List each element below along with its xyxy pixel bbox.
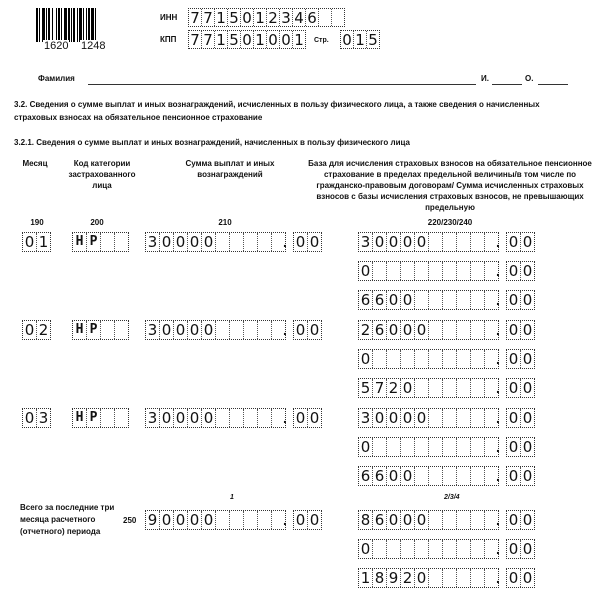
comb-cell (216, 511, 230, 529)
comb-cell (443, 379, 457, 397)
comb-cell: 6 (359, 291, 373, 309)
comb-cell: 0 (160, 409, 174, 427)
comb-cell: 0 (387, 409, 401, 427)
month-field[interactable]: 01 (22, 232, 51, 252)
comb-cell (230, 511, 244, 529)
comb-cell (401, 350, 415, 368)
code-210: 210 (210, 218, 240, 227)
decimal-point: . (496, 468, 500, 484)
comb-cell (415, 350, 429, 368)
comb-cell (429, 350, 443, 368)
inn-label: ИНН (160, 13, 177, 22)
comb-cell: 1 (215, 9, 228, 26)
comb-cell (387, 262, 401, 280)
comb-cell (373, 540, 387, 558)
comb-cell (443, 350, 457, 368)
comb-cell: 3 (37, 409, 50, 427)
comb-cell (244, 321, 258, 339)
comb-cell (230, 409, 244, 427)
comb-cell: 6 (359, 467, 373, 485)
comb-cell: 0 (174, 233, 188, 251)
comb-cell (471, 233, 485, 251)
comb-cell: 1 (293, 31, 305, 48)
comb-cell: 0 (521, 291, 534, 309)
comb-cell (443, 321, 457, 339)
comb-cell: 0 (521, 438, 534, 456)
comb-cell (457, 409, 471, 427)
comb-cell (230, 321, 244, 339)
comb-cell (443, 409, 457, 427)
total-base-col-code: 2/3/4 (444, 494, 460, 501)
comb-cell: 0 (507, 379, 521, 397)
comb-cell: 0 (507, 262, 521, 280)
comb-cell: 0 (521, 379, 534, 397)
comb-cell: 0 (521, 467, 534, 485)
comb-cell: 0 (521, 262, 534, 280)
comb-cell: 0 (294, 321, 308, 339)
comb-cell: 0 (373, 233, 387, 251)
comb-cell (373, 438, 387, 456)
comb-cell: 0 (202, 233, 216, 251)
base-field-3-rubles[interactable]: 6600 (358, 290, 499, 310)
comb-cell: 0 (308, 511, 321, 529)
comb-cell: 6 (373, 511, 387, 529)
col-payments-header: Сумма выплат и иных вознаграждений (170, 158, 290, 180)
comb-cell: 0 (387, 467, 401, 485)
comb-cell: 0 (308, 409, 321, 427)
total-base-field-2-rubles[interactable]: 0 (358, 539, 499, 559)
comb-cell: 0 (160, 233, 174, 251)
comb-cell (429, 438, 443, 456)
comb-cell: 5 (367, 31, 379, 48)
base-field-1-kopecks[interactable]: 00 (506, 232, 535, 252)
comb-cell: Р (87, 321, 101, 339)
comb-cell: 0 (415, 233, 429, 251)
category-code-field[interactable]: НР (72, 320, 129, 340)
comb-cell: 0 (507, 350, 521, 368)
comb-cell: 7 (373, 379, 387, 397)
comb-cell: 0 (359, 438, 373, 456)
comb-cell: 3 (146, 233, 160, 251)
kpp-field[interactable]: 771501001 (188, 30, 306, 49)
comb-cell: 0 (294, 233, 308, 251)
comb-cell (319, 9, 332, 26)
comb-cell (244, 409, 258, 427)
comb-cell: 0 (188, 409, 202, 427)
page-number-field[interactable]: 015 (340, 30, 380, 49)
comb-cell: 0 (202, 511, 216, 529)
comb-cell (457, 540, 471, 558)
comb-cell: 0 (23, 321, 37, 339)
comb-cell (216, 409, 230, 427)
base-field-1-kopecks[interactable]: 00 (506, 320, 535, 340)
category-code-field[interactable]: НР (72, 408, 129, 428)
comb-cell: 2 (267, 9, 280, 26)
comb-cell (471, 569, 485, 587)
total-base-field-3-kopecks[interactable]: 00 (506, 568, 535, 588)
comb-cell (258, 321, 272, 339)
total-code-250: 250 (123, 516, 136, 525)
comb-cell (471, 379, 485, 397)
comb-cell (429, 409, 443, 427)
comb-cell: 7 (202, 31, 215, 48)
comb-cell: 0 (521, 569, 534, 587)
comb-cell (471, 409, 485, 427)
payments-field-rubles[interactable]: 30000 (145, 320, 286, 340)
comb-cell (471, 262, 485, 280)
comb-cell: 9 (387, 569, 401, 587)
category-code-field[interactable]: НР (72, 232, 129, 252)
base-field-2-kopecks[interactable]: 00 (506, 437, 535, 457)
barcode-number-1: 1620 (43, 40, 69, 52)
comb-cell: 8 (359, 511, 373, 529)
comb-cell: 0 (507, 467, 521, 485)
comb-cell (373, 262, 387, 280)
comb-cell (216, 233, 230, 251)
decimal-point: . (496, 263, 500, 279)
comb-cell (429, 233, 443, 251)
comb-cell (387, 350, 401, 368)
comb-cell (443, 569, 457, 587)
comb-cell (101, 321, 115, 339)
comb-cell: 4 (293, 9, 306, 26)
comb-cell (429, 262, 443, 280)
comb-cell: 0 (401, 291, 415, 309)
comb-cell: Н (73, 321, 87, 339)
total-payments-field-rubles[interactable]: 90000 (145, 510, 286, 530)
comb-cell (457, 438, 471, 456)
comb-cell: 0 (160, 321, 174, 339)
comb-cell: 7 (202, 9, 215, 26)
comb-cell: 0 (521, 540, 534, 558)
comb-cell: 0 (241, 31, 254, 48)
comb-cell: 9 (146, 511, 160, 529)
col-month-header: Месяц (10, 158, 60, 169)
comb-cell (115, 409, 128, 427)
code-200: 200 (82, 218, 112, 227)
comb-cell: 0 (174, 511, 188, 529)
comb-cell: 5 (228, 31, 241, 48)
comb-cell: 1 (254, 9, 267, 26)
decimal-point: . (496, 380, 500, 396)
comb-cell: 6 (373, 291, 387, 309)
comb-cell: 2 (401, 569, 415, 587)
comb-cell: 0 (415, 569, 429, 587)
comb-cell (443, 467, 457, 485)
comb-cell: 0 (294, 511, 308, 529)
comb-cell: 0 (359, 540, 373, 558)
comb-cell: 0 (202, 321, 216, 339)
col-category-header: Код категории застрахованного лица (62, 158, 142, 191)
comb-cell (258, 409, 272, 427)
comb-cell: Р (87, 409, 101, 427)
comb-cell (457, 379, 471, 397)
total-label: Всего за последние три месяца расчетного… (20, 502, 120, 538)
page-label: Стр. (314, 37, 329, 44)
comb-cell (457, 350, 471, 368)
comb-cell: 0 (341, 31, 354, 48)
base-field-3-kopecks[interactable]: 00 (506, 378, 535, 398)
comb-cell (457, 291, 471, 309)
comb-cell (115, 321, 128, 339)
decimal-point: . (496, 570, 500, 586)
comb-cell: 3 (146, 321, 160, 339)
comb-cell (429, 540, 443, 558)
comb-cell: 0 (174, 409, 188, 427)
comb-cell: 6 (373, 467, 387, 485)
payments-field-rubles[interactable]: 30000 (145, 408, 286, 428)
comb-cell (457, 569, 471, 587)
comb-cell (387, 438, 401, 456)
comb-cell: 0 (387, 233, 401, 251)
comb-cell (443, 291, 457, 309)
comb-cell: 3 (359, 233, 373, 251)
comb-cell (258, 511, 272, 529)
comb-cell (415, 540, 429, 558)
base-field-2-rubles[interactable]: 0 (358, 261, 499, 281)
comb-cell: 5 (228, 9, 241, 26)
comb-cell: 7 (189, 31, 202, 48)
comb-cell (471, 350, 485, 368)
comb-cell: 2 (359, 321, 373, 339)
comb-cell: 1 (354, 31, 367, 48)
comb-cell: 0 (507, 291, 521, 309)
comb-cell: 1 (254, 31, 267, 48)
comb-cell (401, 262, 415, 280)
comb-cell: 0 (373, 409, 387, 427)
comb-cell: 6 (306, 9, 319, 26)
comb-cell: 0 (241, 9, 254, 26)
comb-cell: 3 (280, 9, 293, 26)
decimal-point: . (496, 292, 500, 308)
comb-cell: 1 (37, 233, 50, 251)
comb-cell (457, 262, 471, 280)
comb-cell (429, 291, 443, 309)
payments-field-kopecks[interactable]: 00 (293, 232, 322, 252)
total-payments-field-kopecks[interactable]: 00 (293, 510, 322, 530)
base-field-1-kopecks[interactable]: 00 (506, 408, 535, 428)
decimal-point: . (496, 541, 500, 557)
decimal-point: . (496, 410, 500, 426)
decimal-point: . (496, 351, 500, 367)
decimal-point: . (496, 512, 500, 528)
payments-field-kopecks[interactable]: 00 (293, 408, 322, 428)
comb-cell: 0 (188, 511, 202, 529)
comb-cell (415, 379, 429, 397)
comb-cell: 2 (37, 321, 50, 339)
comb-cell: 1 (215, 31, 228, 48)
comb-cell (457, 511, 471, 529)
comb-cell: Р (87, 233, 101, 251)
comb-cell (471, 321, 485, 339)
base-field-1-rubles[interactable]: 30000 (358, 408, 499, 428)
comb-cell: 0 (401, 379, 415, 397)
kpp-label: КПП (160, 35, 176, 44)
comb-cell: 0 (415, 511, 429, 529)
patronymic-initial-field[interactable] (538, 84, 568, 85)
comb-cell: 0 (387, 291, 401, 309)
total-base-field-1-rubles[interactable]: 86000 (358, 510, 499, 530)
surname-field[interactable] (88, 84, 476, 85)
comb-cell: 0 (308, 321, 321, 339)
payments-field-kopecks[interactable]: 00 (293, 320, 322, 340)
inn-field[interactable]: 7715012346 (188, 8, 345, 27)
comb-cell (471, 467, 485, 485)
comb-cell (387, 540, 401, 558)
base-field-3-kopecks[interactable]: 00 (506, 466, 535, 486)
section-3-2-title: 3.2. Сведения о сумме выплат и иных возн… (14, 98, 584, 124)
payments-field-rubles[interactable]: 30000 (145, 232, 286, 252)
comb-cell (101, 409, 115, 427)
comb-cell: 5 (359, 379, 373, 397)
comb-cell (415, 438, 429, 456)
comb-cell (429, 467, 443, 485)
patronymic-initial-label: О. (525, 74, 533, 83)
comb-cell (471, 438, 485, 456)
comb-cell: 1 (359, 569, 373, 587)
comb-cell (244, 233, 258, 251)
comb-cell: 7 (189, 9, 202, 26)
comb-cell: 0 (160, 511, 174, 529)
comb-cell: 0 (188, 233, 202, 251)
comb-cell: 0 (521, 233, 534, 251)
comb-cell: 0 (174, 321, 188, 339)
comb-cell: 0 (507, 569, 521, 587)
month-field[interactable]: 03 (22, 408, 51, 428)
comb-cell (101, 233, 115, 251)
comb-cell: 3 (359, 409, 373, 427)
comb-cell (429, 569, 443, 587)
comb-cell: 0 (387, 511, 401, 529)
comb-cell: 0 (521, 350, 534, 368)
comb-cell (415, 262, 429, 280)
comb-cell: 0 (308, 233, 321, 251)
decimal-point: . (496, 322, 500, 338)
comb-cell (457, 467, 471, 485)
comb-cell (258, 233, 272, 251)
comb-cell (457, 233, 471, 251)
comb-cell: 0 (294, 409, 308, 427)
comb-cell (443, 540, 457, 558)
comb-cell (429, 321, 443, 339)
comb-cell: 0 (401, 321, 415, 339)
comb-cell (443, 511, 457, 529)
col-base-header: База для исчисления страховых взносов на… (300, 158, 600, 213)
decimal-point: . (496, 234, 500, 250)
comb-cell (457, 321, 471, 339)
comb-cell (471, 540, 485, 558)
comb-cell: 0 (401, 467, 415, 485)
comb-cell: 0 (401, 233, 415, 251)
base-field-2-rubles[interactable]: 0 (358, 349, 499, 369)
base-field-3-kopecks[interactable]: 00 (506, 290, 535, 310)
comb-cell (471, 291, 485, 309)
total-payments-col-code: 1 (230, 494, 234, 501)
comb-cell: 0 (521, 409, 534, 427)
month-field[interactable]: 02 (22, 320, 51, 340)
comb-cell (373, 350, 387, 368)
name-initial-label: И. (481, 74, 489, 83)
comb-cell: Н (73, 409, 87, 427)
code-220-230-240: 220/230/240 (410, 218, 490, 227)
comb-cell: 0 (507, 321, 521, 339)
decimal-point: . (496, 439, 500, 455)
comb-cell (415, 291, 429, 309)
comb-cell (401, 438, 415, 456)
comb-cell: 0 (202, 409, 216, 427)
comb-cell (401, 540, 415, 558)
comb-cell: 0 (507, 511, 521, 529)
barcode-number-2: 1248 (80, 40, 106, 52)
comb-cell: 0 (387, 321, 401, 339)
comb-cell (216, 321, 230, 339)
comb-cell (415, 467, 429, 485)
comb-cell (429, 511, 443, 529)
comb-cell: Н (73, 233, 87, 251)
comb-cell (471, 511, 485, 529)
comb-cell: 0 (23, 233, 37, 251)
comb-cell: 0 (521, 511, 534, 529)
comb-cell: 2 (387, 379, 401, 397)
comb-cell (443, 438, 457, 456)
comb-cell: 0 (415, 321, 429, 339)
comb-cell (443, 233, 457, 251)
comb-cell: 0 (188, 321, 202, 339)
total-base-field-2-kopecks[interactable]: 00 (506, 539, 535, 559)
decimal-point: . (283, 512, 287, 528)
comb-cell: 0 (359, 262, 373, 280)
comb-cell: 0 (23, 409, 37, 427)
code-190: 190 (22, 218, 52, 227)
comb-cell: 6 (373, 321, 387, 339)
comb-cell: 0 (507, 438, 521, 456)
surname-label: Фамилия (38, 74, 75, 83)
total-base-field-1-kopecks[interactable]: 00 (506, 510, 535, 530)
base-field-2-kopecks[interactable]: 00 (506, 261, 535, 281)
comb-cell: 0 (507, 233, 521, 251)
comb-cell: 0 (267, 31, 280, 48)
comb-cell (332, 9, 344, 26)
comb-cell (429, 379, 443, 397)
comb-cell: 0 (415, 409, 429, 427)
base-field-3-rubles[interactable]: 6600 (358, 466, 499, 486)
barcode (36, 8, 114, 42)
total-base-field-3-rubles[interactable]: 18920 (358, 568, 499, 588)
comb-cell: 0 (507, 540, 521, 558)
comb-cell: 3 (146, 409, 160, 427)
comb-cell: 8 (373, 569, 387, 587)
decimal-point: . (283, 322, 287, 338)
base-field-3-rubles[interactable]: 5720 (358, 378, 499, 398)
comb-cell (230, 233, 244, 251)
comb-cell (443, 262, 457, 280)
comb-cell: 0 (507, 409, 521, 427)
name-initial-field[interactable] (492, 84, 522, 85)
comb-cell: 0 (280, 31, 293, 48)
base-field-2-kopecks[interactable]: 00 (506, 349, 535, 369)
comb-cell: 0 (401, 409, 415, 427)
base-field-2-rubles[interactable]: 0 (358, 437, 499, 457)
base-field-1-rubles[interactable]: 26000 (358, 320, 499, 340)
decimal-point: . (283, 234, 287, 250)
decimal-point: . (283, 410, 287, 426)
base-field-1-rubles[interactable]: 30000 (358, 232, 499, 252)
comb-cell: 0 (521, 321, 534, 339)
comb-cell: 0 (359, 350, 373, 368)
comb-cell (115, 233, 128, 251)
comb-cell: 0 (401, 511, 415, 529)
section-3-2-1-title: 3.2.1. Сведения о сумме выплат и иных во… (14, 136, 584, 149)
